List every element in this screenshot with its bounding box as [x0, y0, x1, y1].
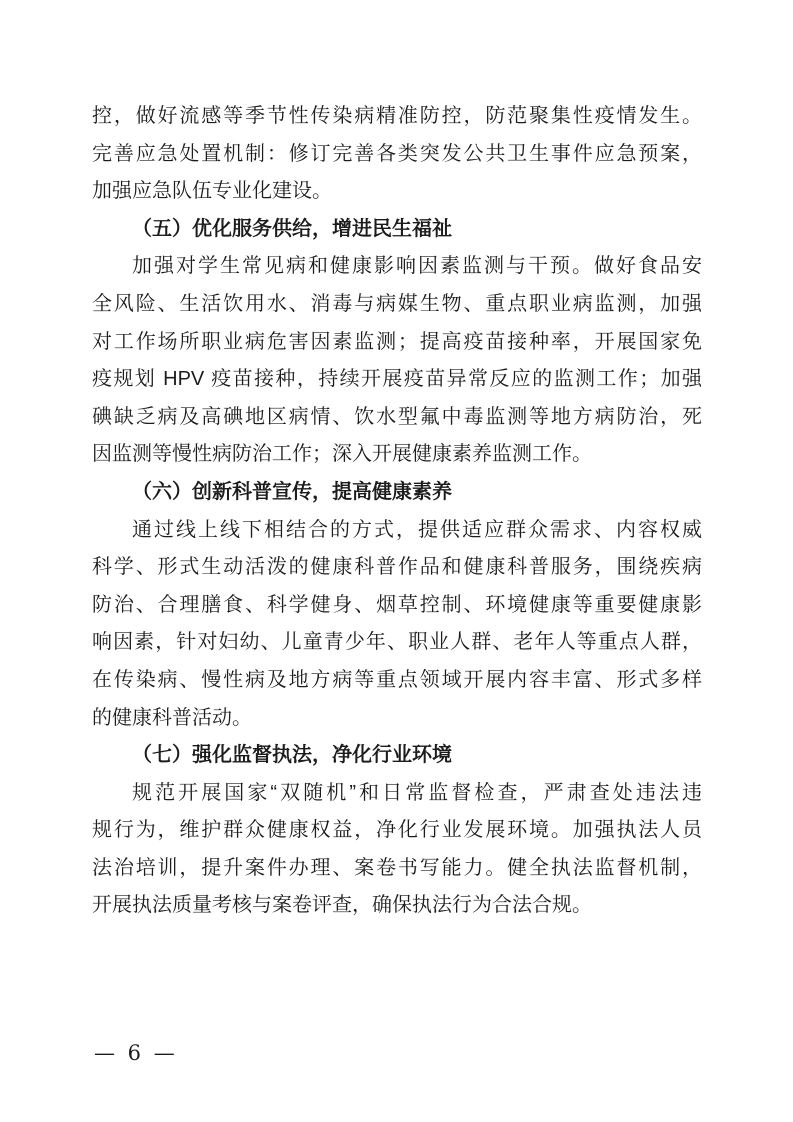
- text-line: 防治、合理膳食、科学健身、烟草控制、环境健康等重要健康影: [92, 587, 702, 625]
- text-line: 法治培训，提升案件办理、案卷书写能力。健全执法监督机制，: [92, 850, 702, 888]
- page-number: — 6 —: [94, 1041, 175, 1065]
- text-line: 因监测等慢性病防治工作；深入开展健康素养监测工作。: [92, 436, 702, 474]
- text-line: 规行为，维护群众健康权益，净化行业发展环境。加强执法人员: [92, 812, 702, 850]
- text-line: 在传染病、慢性病及地方病等重点领域开展内容丰富、形式多样: [92, 662, 702, 700]
- text-line: 全风险、生活饮用水、消毒与病媒生物、重点职业病监测，加强: [92, 286, 702, 324]
- section-heading-7: （七）强化监督执法，净化行业环境: [92, 737, 702, 775]
- document-body: 控，做好流感等季节性传染病精准防控，防范聚集性疫情发生。 完善应急处置机制：修订…: [92, 98, 702, 925]
- section-heading-5: （五）优化服务供给，增进民生福祉: [92, 211, 702, 249]
- text-line: 响因素，针对妇幼、儿童青少年、职业人群、老年人等重点人群，: [92, 624, 702, 662]
- text-line: 的健康科普活动。: [92, 700, 702, 738]
- document-page: 控，做好流感等季节性传染病精准防控，防范聚集性疫情发生。 完善应急处置机制：修订…: [0, 0, 793, 1122]
- text-line: 对工作场所职业病危害因素监测；提高疫苗接种率，开展国家免: [92, 324, 702, 362]
- text-line: 通过线上线下相结合的方式，提供适应群众需求、内容权威: [92, 512, 702, 550]
- text-line: 规范开展国家“双随机”和日常监督检查，严肃查处违法违: [92, 775, 702, 813]
- text-line: 疫规划 HPV 疫苗接种，持续开展疫苗异常反应的监测工作；加强: [92, 361, 702, 399]
- section-heading-6: （六）创新科普宣传，提高健康素养: [92, 474, 702, 512]
- text-line: 加强应急队伍专业化建设。: [92, 173, 702, 211]
- text-line: 加强对学生常见病和健康影响因素监测与干预。做好食品安: [92, 248, 702, 286]
- text-line: 控，做好流感等季节性传染病精准防控，防范聚集性疫情发生。: [92, 98, 702, 136]
- text-line: 碘缺乏病及高碘地区病情、饮水型氟中毒监测等地方病防治，死: [92, 399, 702, 437]
- text-line: 科学、形式生动活泼的健康科普作品和健康科普服务，围绕疾病: [92, 549, 702, 587]
- text-line: 开展执法质量考核与案卷评查，确保执法行为合法合规。: [92, 887, 702, 925]
- text-line: 完善应急处置机制：修订完善各类突发公共卫生事件应急预案，: [92, 136, 702, 174]
